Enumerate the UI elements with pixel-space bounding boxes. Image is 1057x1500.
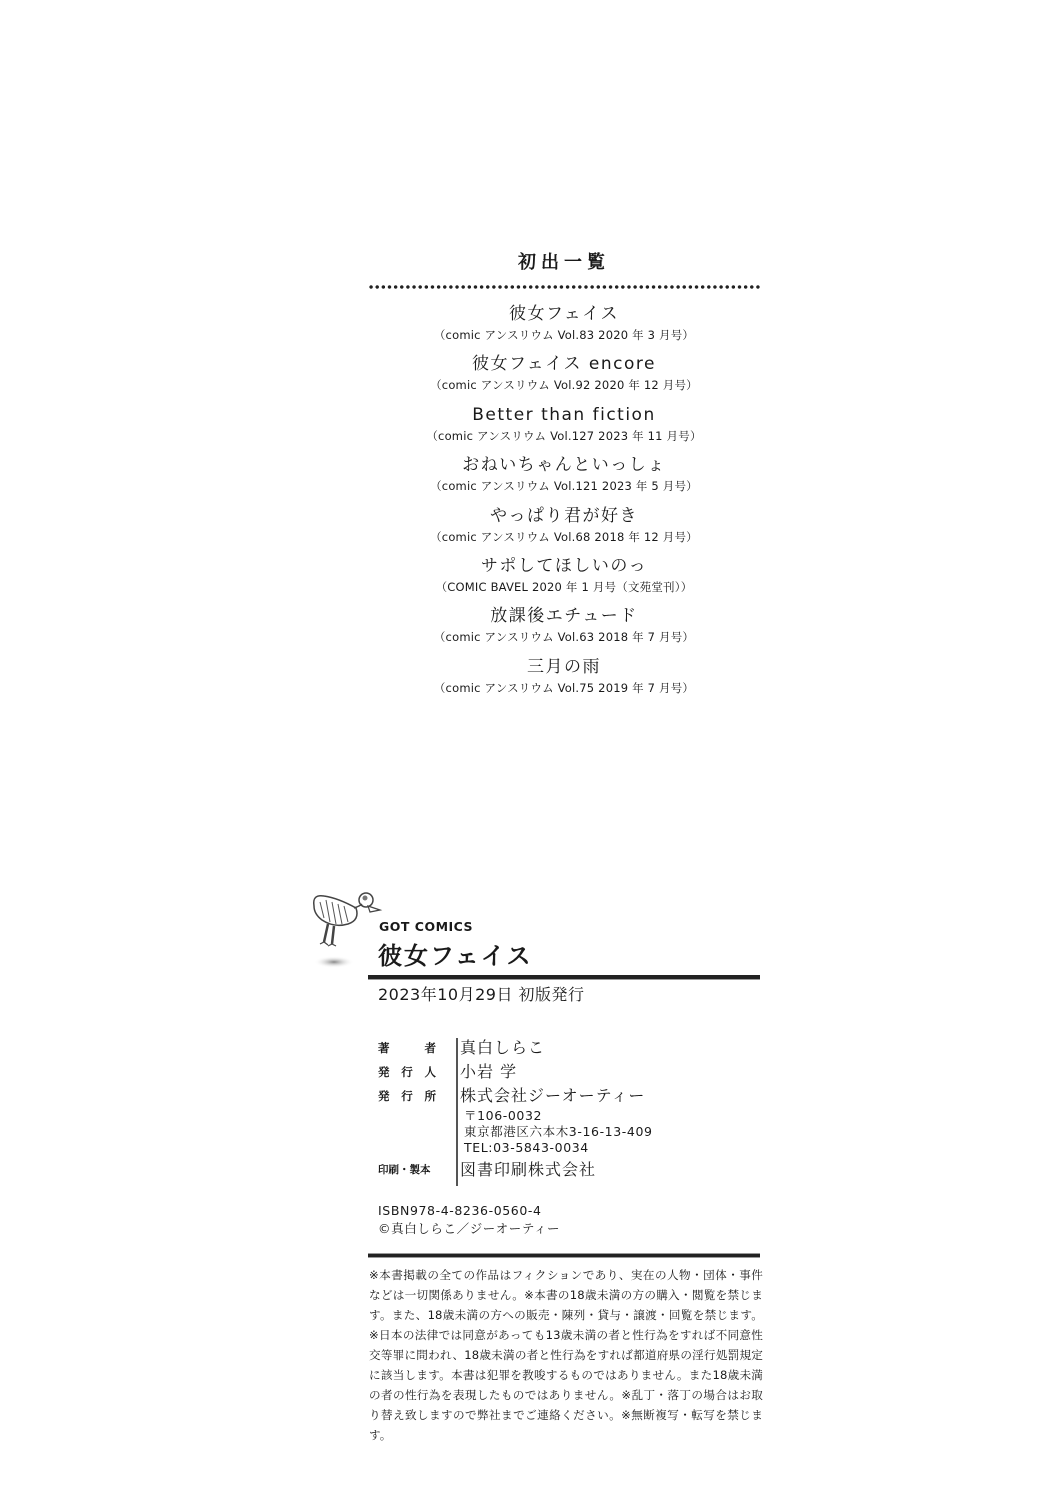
label-char: 行 <box>401 1060 413 1084</box>
notice-divider <box>368 1253 760 1258</box>
isbn: ISBN978-4-8236-0560-4 <box>378 1202 542 1220</box>
label-char: 発 <box>378 1084 390 1108</box>
credit-row-publisher-company: 発 行 所 株式会社ジーオーティー 〒106-0032 東京都港区六本木3-16… <box>378 1084 768 1156</box>
publisher-company-name: 株式会社ジーオーティー <box>446 1084 653 1108</box>
story-title: Better than fiction <box>368 402 760 428</box>
credit-label: 発 行 人 <box>378 1060 446 1084</box>
story-source: （comic アンスリウム Vol.127 2023 年 11 月号） <box>368 428 760 444</box>
credits-table: 著 者 真白しらこ 発 行 人 小岩 学 発 行 所 株式会社ジーオーティー 〒… <box>378 1036 768 1182</box>
list-item: おねいちゃんといっしょ （comic アンスリウム Vol.121 2023 年… <box>368 452 760 502</box>
dotted-divider <box>368 284 760 290</box>
credit-label: 発 行 所 <box>378 1084 446 1108</box>
story-title: 彼女フェイス encore <box>368 351 760 377</box>
title-divider <box>368 975 760 980</box>
story-title: やっぱり君が好き <box>368 503 760 529</box>
copyright: ©真白しらこ／ジーオーティー <box>378 1220 560 1238</box>
credit-row-printing: 印刷・製本 図書印刷株式会社 <box>378 1158 768 1182</box>
story-source: （comic アンスリウム Vol.75 2019 年 7 月号） <box>368 680 760 696</box>
printer-name: 図書印刷株式会社 <box>446 1158 596 1182</box>
label-char: 行 <box>401 1084 413 1108</box>
credit-row-publisher-person: 発 行 人 小岩 学 <box>378 1060 768 1084</box>
first-appearances-section: 初出一覧 彼女フェイス （comic アンスリウム Vol.83 2020 年 … <box>368 248 760 704</box>
label-char: 者 <box>425 1036 437 1060</box>
story-title: 放課後エチュード <box>368 603 760 629</box>
credit-row-author: 著 者 真白しらこ <box>378 1036 768 1060</box>
author-name: 真白しらこ <box>446 1036 545 1060</box>
story-source: （comic アンスリウム Vol.68 2018 年 12 月号） <box>368 529 760 545</box>
imprint-label: GOT COMICS <box>379 919 473 934</box>
story-source: （comic アンスリウム Vol.121 2023 年 5 月号） <box>368 478 760 494</box>
label-char: 印刷・製本 <box>378 1158 431 1182</box>
list-item: 彼女フェイス encore （comic アンスリウム Vol.92 2020 … <box>368 351 760 401</box>
list-item: やっぱり君が好き （comic アンスリウム Vol.68 2018 年 12 … <box>368 503 760 553</box>
story-title: 三月の雨 <box>368 654 760 680</box>
address: 東京都港区六本木3-16-13-409 <box>446 1124 653 1140</box>
label-char: 著 <box>378 1036 390 1060</box>
label-char: 人 <box>425 1060 437 1084</box>
story-source: （comic アンスリウム Vol.83 2020 年 3 月号） <box>368 327 760 343</box>
list-item: 彼女フェイス （comic アンスリウム Vol.83 2020 年 3 月号） <box>368 301 760 351</box>
story-title: 彼女フェイス <box>368 301 760 327</box>
publisher-person-name: 小岩 学 <box>446 1060 517 1084</box>
postal-code: 〒106-0032 <box>446 1108 653 1124</box>
story-source: （COMIC BAVEL 2020 年 1 月号（文苑堂刊）） <box>368 579 760 595</box>
legal-notice: ※本書掲載の全ての作品はフィクションであり、実在の人物・団体・事件などは一切関係… <box>369 1265 763 1445</box>
credit-label: 印刷・製本 <box>378 1158 446 1182</box>
bird-mascot-icon <box>308 884 388 972</box>
story-source: （comic アンスリウム Vol.92 2020 年 12 月号） <box>368 377 760 393</box>
label-char: 所 <box>425 1084 437 1108</box>
list-item: サポしてほしいのっ （COMIC BAVEL 2020 年 1 月号（文苑堂刊）… <box>368 553 760 603</box>
first-appearances-list: 彼女フェイス （comic アンスリウム Vol.83 2020 年 3 月号）… <box>368 301 760 704</box>
publication-date: 2023年10月29日 初版発行 <box>378 984 585 1006</box>
list-item: 放課後エチュード （comic アンスリウム Vol.63 2018 年 7 月… <box>368 603 760 653</box>
label-char: 発 <box>378 1060 390 1084</box>
list-item: 三月の雨 （comic アンスリウム Vol.75 2019 年 7 月号） <box>368 654 760 704</box>
story-source: （comic アンスリウム Vol.63 2018 年 7 月号） <box>368 629 760 645</box>
story-title: おねいちゃんといっしょ <box>368 452 760 478</box>
first-appearances-heading: 初出一覧 <box>368 248 760 278</box>
credit-label: 著 者 <box>378 1036 446 1060</box>
list-item: Better than fiction （comic アンスリウム Vol.12… <box>368 402 760 452</box>
telephone: TEL:03-5843-0034 <box>446 1140 653 1156</box>
book-title: 彼女フェイス <box>378 940 533 972</box>
story-title: サポしてほしいのっ <box>368 553 760 579</box>
